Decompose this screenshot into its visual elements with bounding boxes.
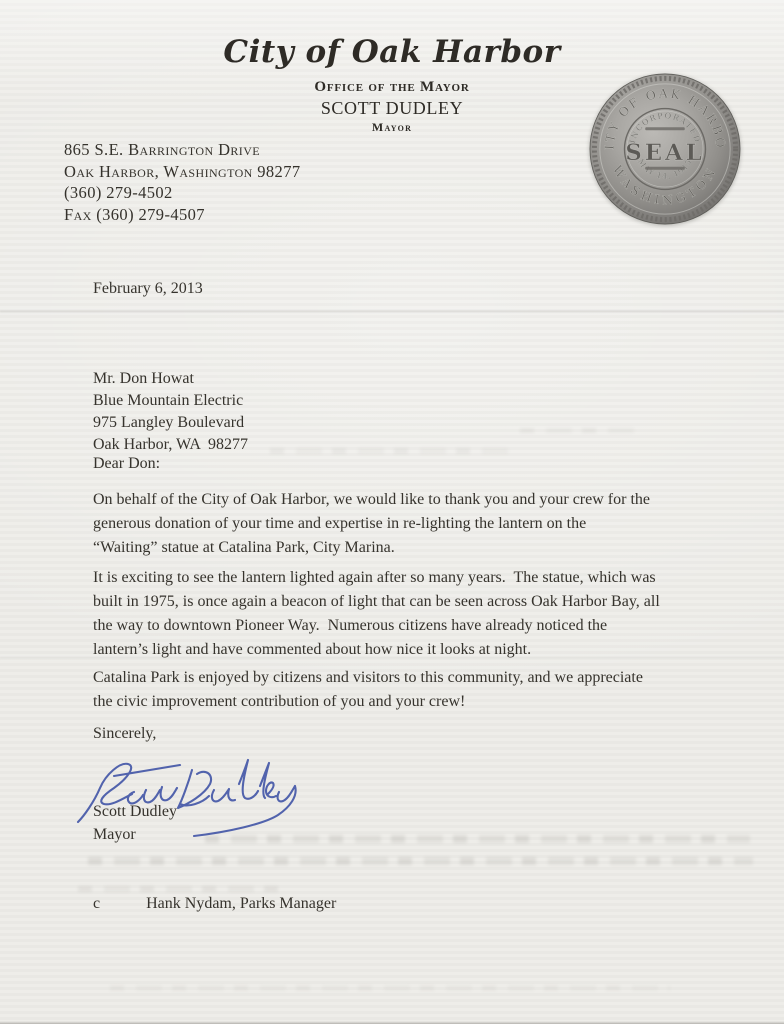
bleed-through-text <box>110 985 670 991</box>
address-line: 865 S.E. Barrington Drive <box>64 139 301 161</box>
paragraph-line: On behalf of the City of Oak Harbor, we … <box>93 488 650 512</box>
bleed-through-text <box>520 428 640 433</box>
recipient-address-block: Mr. Don Howat Blue Mountain Electric 975… <box>93 368 248 456</box>
salutation: Dear Don: <box>93 452 160 476</box>
bleed-through-text <box>88 857 753 865</box>
paragraph-line: Catalina Park is enjoyed by citizens and… <box>93 666 643 690</box>
letterhead-city-title: City of Oak Harbor <box>0 34 784 70</box>
seal-center-text: SEAL <box>625 140 704 166</box>
signer-title: Mayor <box>93 823 177 846</box>
paragraph-line: It is exciting to see the lantern lighte… <box>93 566 660 590</box>
paragraph-line: lantern’s light and have commented about… <box>93 638 660 662</box>
bleed-through-text <box>270 448 510 454</box>
bleed-through-text <box>205 835 750 843</box>
cc-prefix: c <box>93 892 100 916</box>
recipient-line: 975 Langley Boulevard <box>93 412 248 434</box>
paragraph-line: “Waiting” statue at Catalina Park, City … <box>93 536 650 560</box>
paragraph-line: generous donation of your time and exper… <box>93 512 650 536</box>
signer-name: Scott Dudley <box>93 800 177 823</box>
cc-recipient: Hank Nydam, Parks Manager <box>146 892 336 916</box>
letter-date: February 6, 2013 <box>93 277 203 301</box>
paragraph-1: On behalf of the City of Oak Harbor, we … <box>93 488 650 560</box>
recipient-line: Mr. Don Howat <box>93 368 248 390</box>
letterhead-address-block: 865 S.E. Barrington Drive Oak Harbor, Wa… <box>64 139 301 225</box>
address-line: (360) 279-4502 <box>64 182 301 204</box>
paragraph-2: It is exciting to see the lantern lighte… <box>93 566 660 662</box>
signer-block: Scott Dudley Mayor <box>93 800 177 846</box>
cc-line: c Hank Nydam, Parks Manager <box>93 892 336 916</box>
closing: Sincerely, <box>93 722 156 746</box>
paragraph-line: the way to downtown Pioneer Way. Numerou… <box>93 614 660 638</box>
paragraph-3: Catalina Park is enjoyed by citizens and… <box>93 666 643 714</box>
recipient-line: Blue Mountain Electric <box>93 390 248 412</box>
fold-crease <box>0 309 784 314</box>
embossed-city-seal-icon: CITY OF OAK HARBOR WASHINGTON INCORPORAT… <box>586 70 744 228</box>
scanned-letter-page: City of Oak Harbor Office of the Mayor S… <box>0 0 784 1024</box>
paragraph-line: built in 1975, is once again a beacon of… <box>93 590 660 614</box>
address-line: Oak Harbor, Washington 98277 <box>64 161 301 183</box>
paragraph-line: the civic improvement contribution of yo… <box>93 690 643 714</box>
address-line: Fax (360) 279-4507 <box>64 204 301 226</box>
